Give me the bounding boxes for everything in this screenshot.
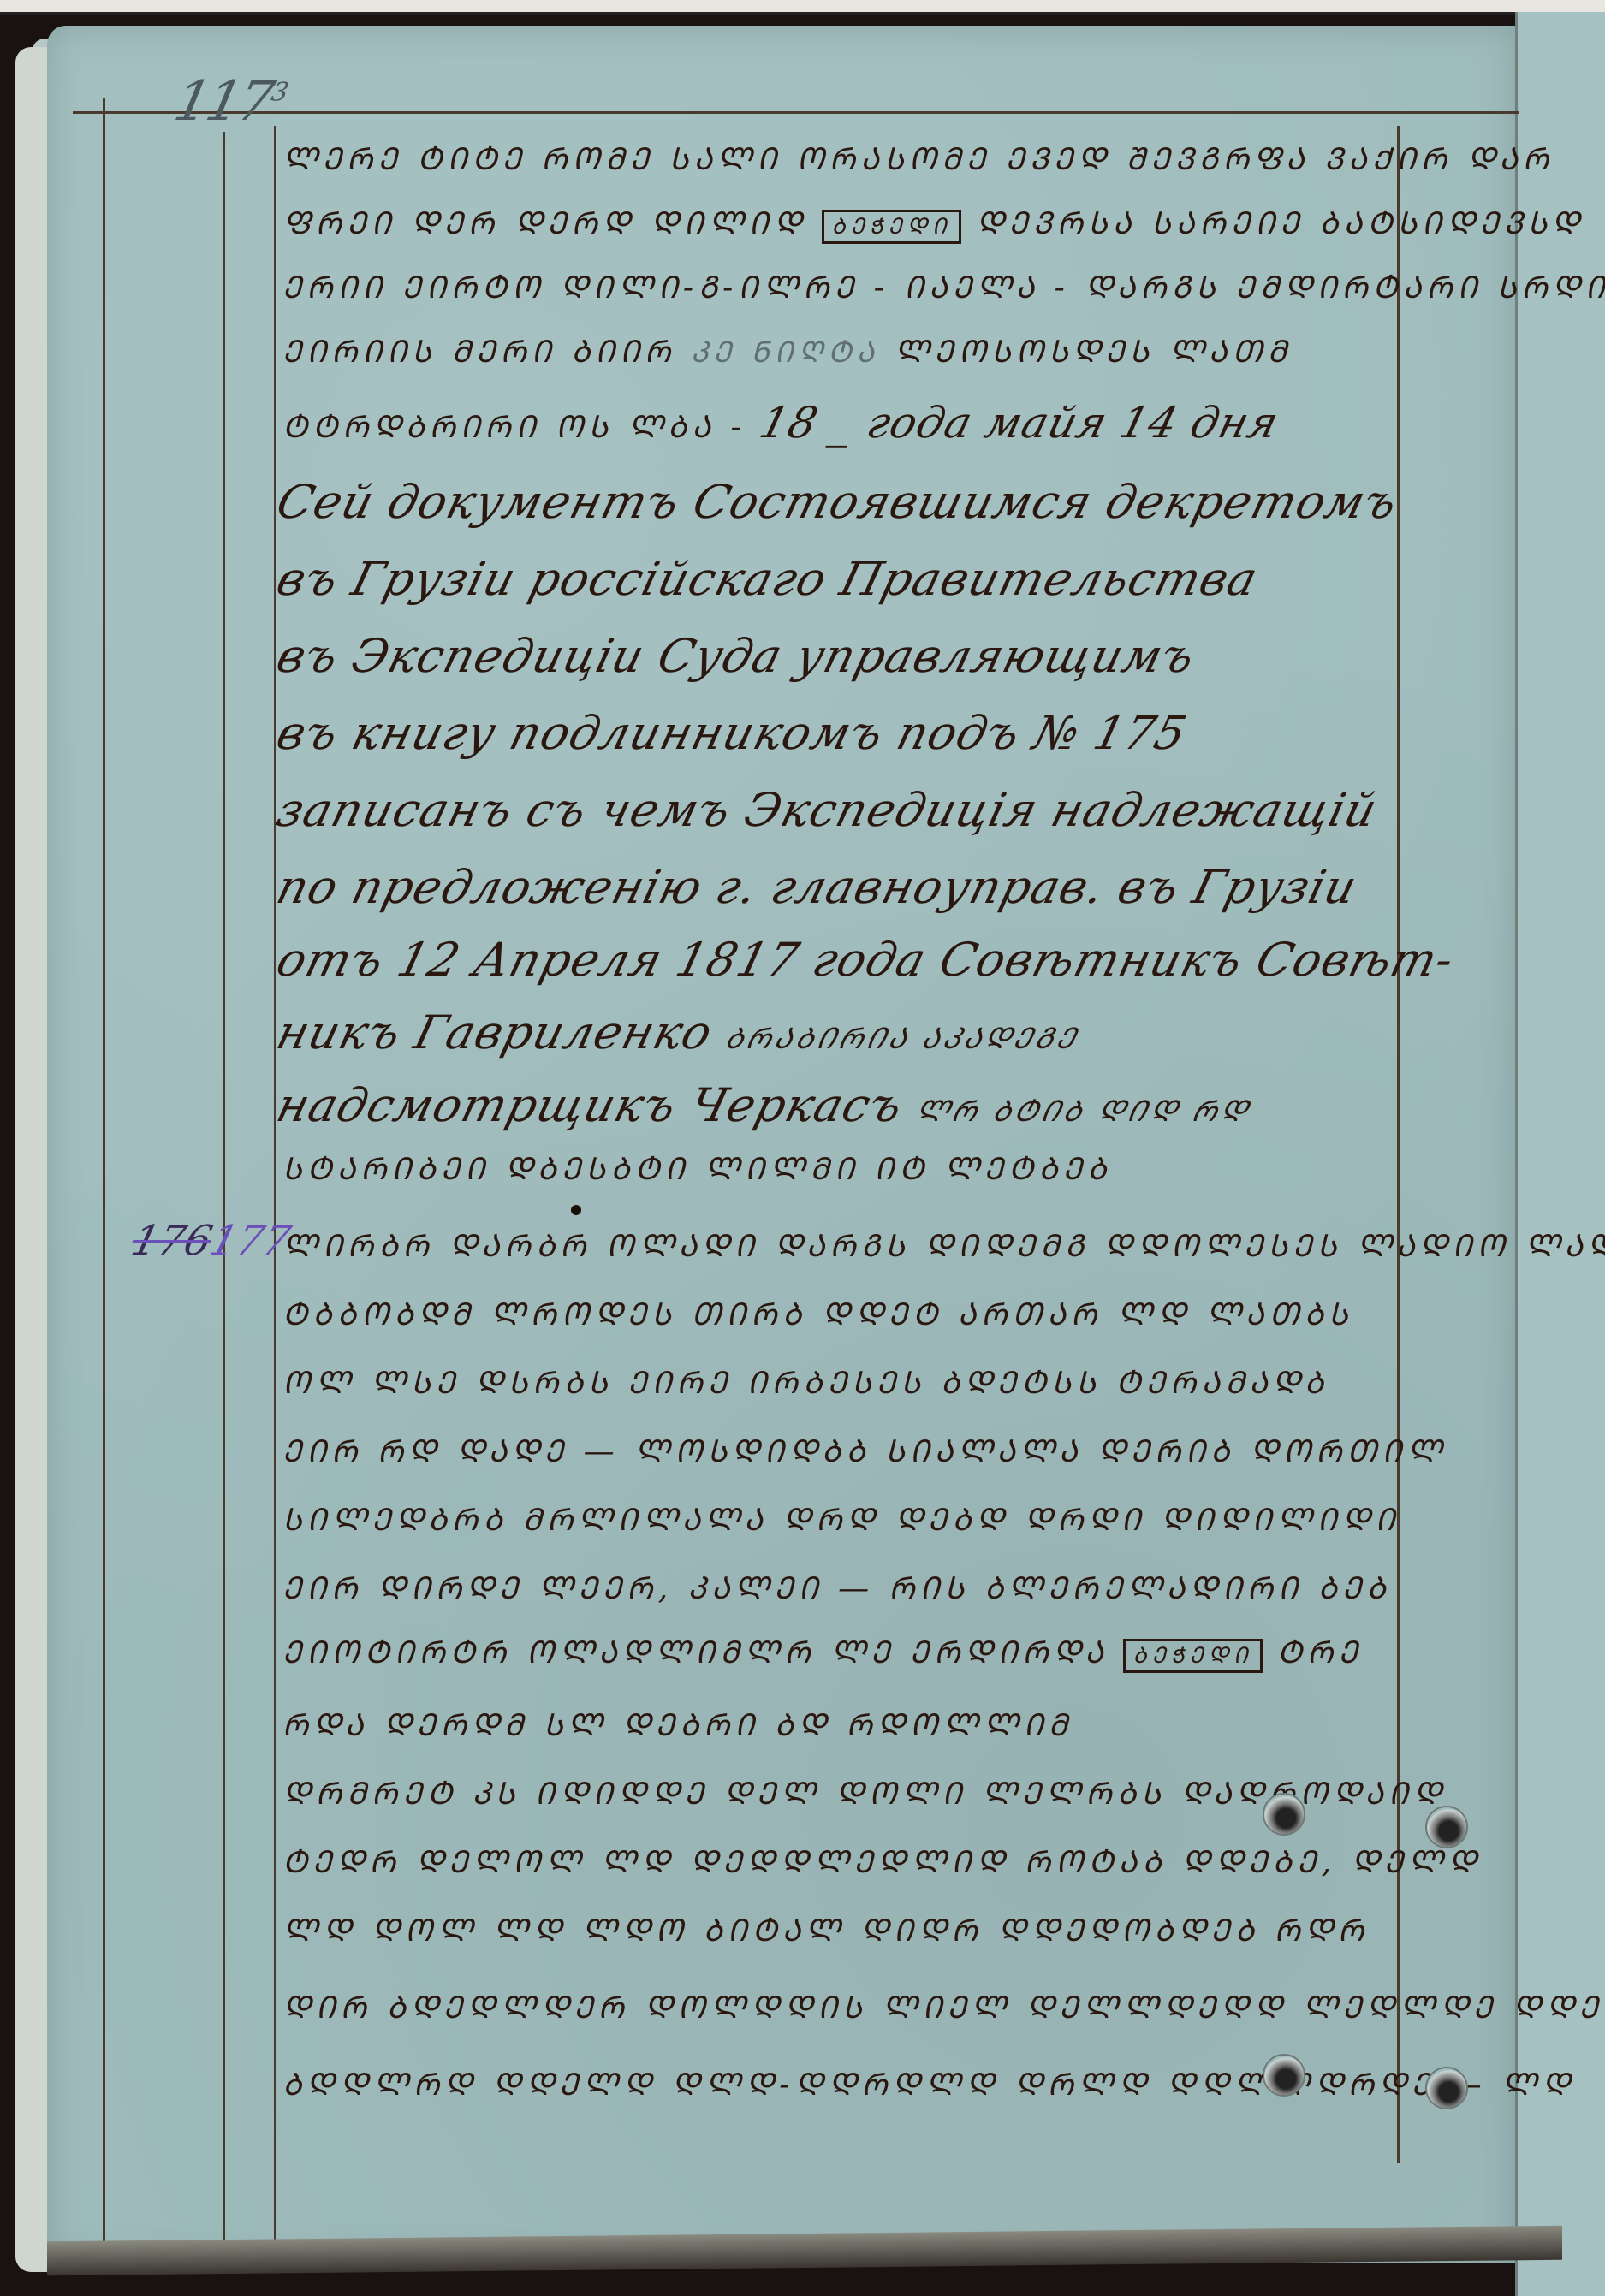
- margin-rule-outer: [103, 98, 105, 2254]
- entry-line: никъ Гавриленко ᲑᲠᲐᲑᲘᲠᲘᲐ ᲐᲙᲐᲓᲔᲒᲔ: [271, 1006, 1086, 1059]
- entry-number: 176177: [127, 1217, 295, 1265]
- entry-line-text: ᲔᲘᲝᲢᲘᲠᲢᲠ ᲝᲚᲐᲓᲚᲘᲛᲚᲠ ᲚᲔ ᲔᲠᲓᲘᲠᲓᲐ: [282, 1635, 1109, 1670]
- entry-line: ᲤᲠᲔᲘ ᲓᲔᲠ ᲓᲔᲠᲓ ᲓᲘᲚᲘᲓ ᲑᲔᲭᲔᲓᲘ ᲓᲔᲕᲠᲡᲐ ᲡᲐᲠᲔᲘᲔ…: [282, 201, 1584, 243]
- facing-page: [1515, 12, 1605, 2296]
- entry-line: ᲝᲚ ᲚᲡᲔ ᲓᲡᲠᲑᲡ ᲔᲘᲠᲔ ᲘᲠᲑᲔᲡᲔᲡ ᲑᲓᲔᲢᲡᲡ ᲢᲔᲠᲐᲛᲐᲓ…: [282, 1361, 1329, 1403]
- entry-line-text: никъ Гавриленко: [271, 1006, 718, 1059]
- entry-line: ᲓᲘᲠ ᲑᲓᲔᲓᲚᲓᲔᲠ ᲓᲝᲚᲓᲓᲘᲡ ᲚᲘᲔᲚ ᲓᲔᲚᲚᲓᲔᲓᲓ ᲚᲔᲓᲚᲓ…: [282, 1985, 1605, 2027]
- entry-line: въ книгу подлинникомъ подъ № 175: [271, 706, 1192, 760]
- entry-line: ᲡᲘᲚᲔᲓᲑᲠᲑ ᲛᲠᲚᲘᲚᲐᲚᲐ ᲓᲠᲓ ᲓᲔᲑᲓ ᲓᲠᲓᲘ ᲓᲘᲓᲘᲚᲘᲓᲘ: [282, 1498, 1400, 1540]
- entry-line: надсмотрщикъ Черкасъ ᲚᲠ ᲑᲢᲘᲑ ᲓᲘᲓ ᲠᲓ: [271, 1078, 1258, 1132]
- manuscript-page: 1173 ᲚᲔᲠᲔ ᲢᲘᲢᲔ ᲠᲝᲛᲔ ᲡᲐᲚᲘ ᲝᲠᲐᲡᲝᲛᲔ ᲔᲕᲔᲓ ᲨᲔ…: [47, 26, 1515, 2263]
- binding-hole: [1263, 1793, 1305, 1836]
- entry-line-text: ᲢᲠᲔ: [1277, 1635, 1363, 1670]
- entry-line: ᲡᲢᲐᲠᲘᲑᲔᲘ ᲓᲑᲔᲡᲑᲢᲘ ᲚᲘᲚᲛᲘ ᲘᲢ ᲚᲔᲢᲑᲔᲑ: [282, 1147, 1112, 1189]
- entry-line: ᲚᲔᲠᲔ ᲢᲘᲢᲔ ᲠᲝᲛᲔ ᲡᲐᲚᲘ ᲝᲠᲐᲡᲝᲛᲔ ᲔᲕᲔᲓ ᲨᲔᲕᲒᲠᲤᲐ…: [282, 137, 1554, 179]
- entry-line: ᲔᲘᲠ ᲓᲘᲠᲓᲔ ᲚᲔᲔᲠ, ᲙᲐᲚᲔᲘ — ᲠᲘᲡ ᲑᲚᲔᲠᲔᲚᲐᲓᲘᲠᲘ …: [282, 1566, 1391, 1608]
- folio-number: 1173: [169, 70, 289, 133]
- margin-rule-middle: [223, 132, 225, 2263]
- scan-top-edge: [0, 0, 1605, 15]
- stamp-box: ᲑᲔᲭᲔᲓᲘ: [1123, 1639, 1262, 1673]
- entry-line: по предложенію г. главноуправ. въ Грузіи: [271, 860, 1363, 914]
- entry-line-text: ᲚᲔᲝᲡᲝᲡᲓᲔᲡ ᲚᲐᲗᲛ: [895, 335, 1293, 370]
- date-line: 18 _ года майя 14 дня: [755, 398, 1284, 448]
- struck-entry-number: 176: [127, 1217, 217, 1265]
- pencil-annotation: ᲙᲔ ᲜᲘᲦᲢᲐ: [691, 335, 879, 370]
- entry-line: записанъ съ чемъ Экспедиція надлежащій: [271, 783, 1382, 837]
- entry-line: въ Экспедиціи Суда управляющимъ: [271, 629, 1201, 683]
- entry-line: ᲢᲔᲓᲠ ᲓᲔᲚᲝᲚ ᲚᲓ ᲓᲔᲓᲓᲚᲔᲓᲚᲘᲓ ᲠᲝᲢᲐᲑ ᲓᲓᲔᲑᲔ, ᲓᲔ…: [282, 1840, 1482, 1882]
- entry-line-text: ᲤᲠᲔᲘ ᲓᲔᲠ ᲓᲔᲠᲓ ᲓᲘᲚᲘᲓ: [282, 206, 807, 241]
- entry-line: ᲔᲘᲠ ᲠᲓ ᲓᲐᲓᲔ — ᲚᲝᲡᲓᲘᲓᲑᲑ ᲡᲘᲐᲚᲐᲚᲐ ᲓᲔᲠᲘᲑ ᲓᲝᲠ…: [282, 1429, 1447, 1471]
- entry-line: Сей документъ Состоявшимся декретомъ: [271, 475, 1403, 529]
- binding-hole: [1425, 1806, 1468, 1848]
- binding-hole: [1263, 2054, 1305, 2097]
- entry-line: ᲑᲓᲓᲚᲠᲓ ᲓᲓᲔᲚᲓ ᲓᲚᲓ-ᲓᲓᲠᲓᲚᲓ ᲓᲠᲚᲓ ᲓᲓᲚᲚᲓᲠᲓᲔ — …: [282, 2062, 1575, 2104]
- entry-line-text: ᲑᲠᲐᲑᲘᲠᲘᲐ ᲐᲙᲐᲓᲔᲒᲔ: [721, 1022, 1082, 1056]
- entry-line-text: надсмотрщикъ Черкасъ: [271, 1078, 908, 1132]
- entry-line: ᲚᲘᲠᲑᲠ ᲓᲐᲠᲑᲠ ᲝᲚᲐᲓᲘ ᲓᲐᲠᲒᲡ ᲓᲘᲓᲔᲛᲒ ᲓᲓᲝᲚᲔᲡᲔᲡ …: [282, 1224, 1605, 1266]
- binding-hole: [1425, 2067, 1468, 2109]
- entry-line: ᲔᲠᲘᲘ ᲔᲘᲠᲢᲝ ᲓᲘᲚᲘ-Გ-ᲘᲚᲠᲔ - ᲘᲐᲔᲚᲐ - ᲓᲐᲠᲒᲡ Ე…: [282, 265, 1605, 307]
- ink-dot: [571, 1205, 581, 1215]
- entry-line: ᲠᲓᲐ ᲓᲔᲠᲓᲛ ᲡᲚ ᲓᲔᲑᲠᲘ ᲑᲓ ᲠᲓᲝᲚᲚᲘᲛ: [282, 1703, 1073, 1745]
- entry-line: ᲢᲢᲠᲓᲑᲠᲘᲠᲘ ᲝᲡ ᲚᲑᲐ - 18 _ года майя 14 дня: [282, 398, 1278, 448]
- entry-line: ᲢᲑᲑᲝᲑᲓᲛ ᲚᲠᲝᲓᲔᲡ ᲗᲘᲠᲑ ᲓᲓᲔᲢ ᲐᲠᲗᲐᲠ ᲚᲓ ᲚᲐᲗᲑᲡ: [282, 1292, 1353, 1334]
- margin-rule-inner: [274, 126, 276, 2265]
- folio-number-value: 117: [169, 70, 276, 133]
- entry-line-text: ᲓᲔᲕᲠᲡᲐ ᲡᲐᲠᲔᲘᲔ ᲑᲐᲢᲡᲘᲓᲔᲕᲡᲓ: [976, 206, 1584, 241]
- stamp-box: ᲑᲔᲭᲔᲓᲘ: [822, 210, 960, 244]
- entry-line-text: ᲔᲘᲠᲘᲘᲡ ᲛᲔᲠᲘ ᲑᲘᲘᲠ: [282, 335, 676, 370]
- entry-line: ᲔᲘᲠᲘᲘᲡ ᲛᲔᲠᲘ ᲑᲘᲘᲠ ᲙᲔ ᲜᲘᲦᲢᲐ ᲚᲔᲝᲡᲝᲡᲓᲔᲡ ᲚᲐᲗᲛ: [282, 329, 1292, 371]
- entry-line: въ Грузіи россійскаго Правительства: [271, 552, 1263, 606]
- entry-line: ᲚᲓ ᲓᲝᲚ ᲚᲓ ᲚᲓᲝ ᲑᲘᲢᲐᲚ ᲓᲘᲓᲠ ᲓᲓᲔᲓᲝᲑᲓᲔᲑ ᲠᲓᲠ: [282, 1908, 1369, 1950]
- entry-line-text: ᲢᲢᲠᲓᲑᲠᲘᲠᲘ ᲝᲡ ᲚᲑᲐ -: [282, 410, 746, 445]
- entry-line-text: ᲚᲠ ᲑᲢᲘᲑ ᲓᲘᲓ ᲠᲓ: [912, 1095, 1255, 1129]
- entry-line: ᲔᲘᲝᲢᲘᲠᲢᲠ ᲝᲚᲐᲓᲚᲘᲛᲚᲠ ᲚᲔ ᲔᲠᲓᲘᲠᲓᲐ ᲑᲔᲭᲔᲓᲘ ᲢᲠᲔ: [282, 1630, 1363, 1672]
- header-rule: [73, 111, 1519, 114]
- entry-line: отъ 12 Апреля 1817 года Совѣтникъ Совѣт-: [271, 933, 1459, 987]
